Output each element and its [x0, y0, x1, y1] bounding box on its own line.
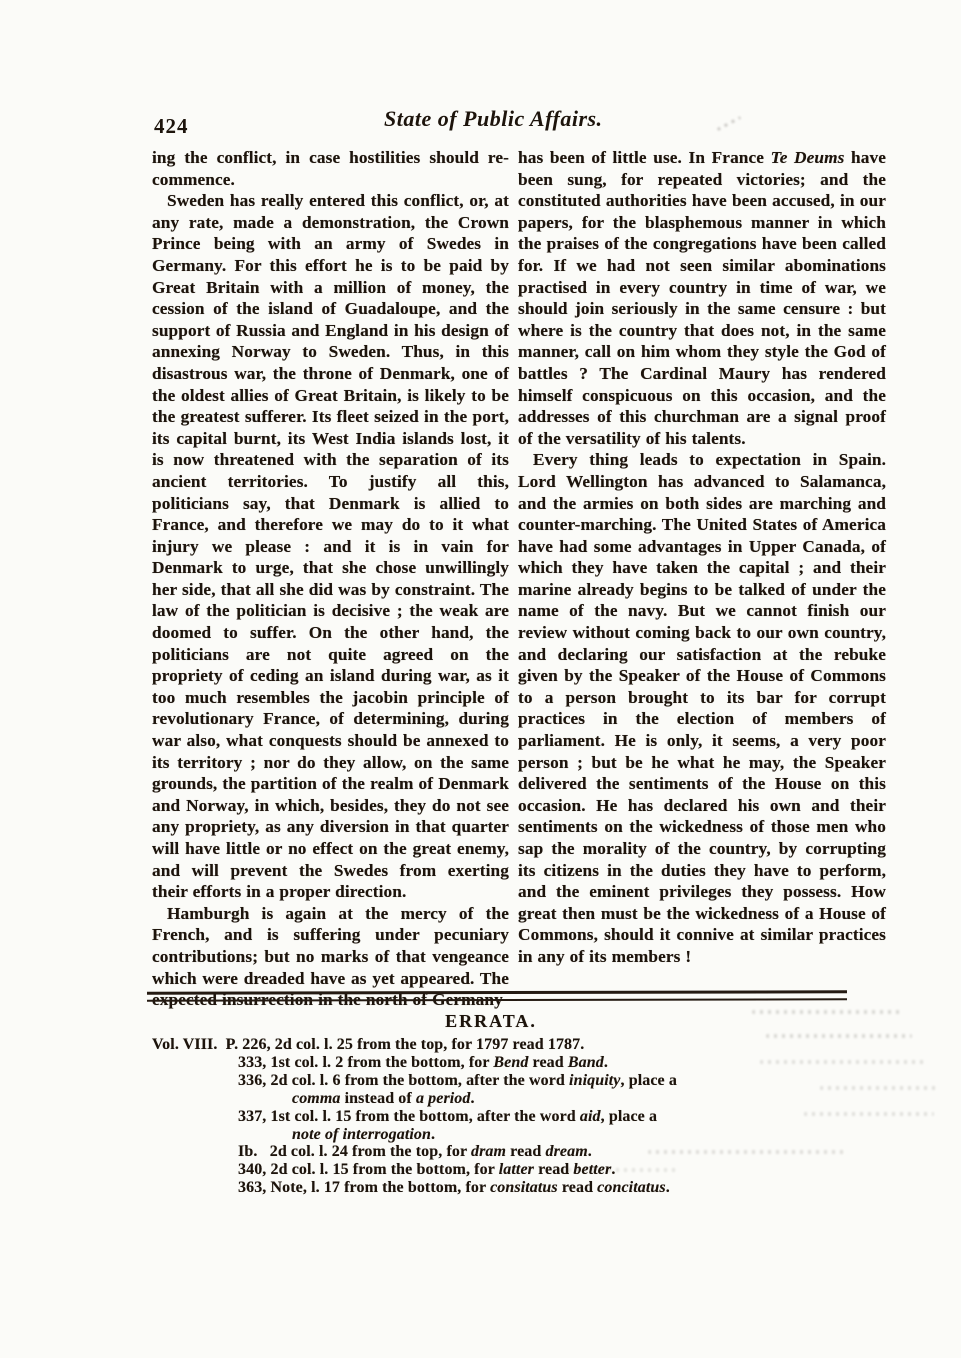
- text-segment: aid: [580, 1108, 601, 1125]
- text-segment: instead of: [341, 1090, 416, 1107]
- errata-line: comma instead of a period.: [292, 1090, 890, 1108]
- text-segment: Every thing leads to expectation in Spai…: [518, 450, 886, 966]
- text-segment: 333, 1st col. l. 2 from the bottom, for: [238, 1054, 493, 1071]
- scan-artifact: [760, 1060, 928, 1064]
- scan-artifact: [752, 1010, 902, 1014]
- scan-artifact: [648, 1150, 844, 1154]
- text-segment: 337, 1st col. l. 15 from the bottom, aft…: [238, 1108, 580, 1125]
- text-segment: note of interrogation: [292, 1126, 431, 1143]
- column-left: ing the conflict, in case hostilities sh…: [152, 147, 509, 1011]
- text-segment: 340, 2d col. l. 15 from the bottom, for: [238, 1161, 499, 1178]
- text-segment: dram: [471, 1143, 506, 1160]
- scan-artifact: [804, 1112, 934, 1116]
- paragraph: has been of little use. In France Te Deu…: [518, 147, 886, 449]
- text-segment: Band: [568, 1054, 604, 1071]
- text-segment: 336, 2d col. l. 6 from the bottom, after…: [238, 1072, 569, 1089]
- text-segment: consitatus: [490, 1179, 558, 1196]
- text-segment: .: [471, 1090, 475, 1107]
- body-text: ing the conflict, in case hostilities sh…: [152, 147, 886, 1011]
- text-segment: a period: [416, 1090, 471, 1107]
- text-segment: , place a: [601, 1108, 657, 1125]
- text-segment: ing the conflict, in case hostilities sh…: [152, 148, 509, 189]
- page-header: 424 State of Public Affairs.: [152, 104, 884, 148]
- scan-artifact: [560, 1168, 680, 1172]
- text-segment: read: [558, 1179, 597, 1196]
- page-number: 424: [154, 114, 189, 139]
- errata-line: note of interrogation.: [292, 1126, 890, 1144]
- text-segment: comma: [292, 1090, 341, 1107]
- text-segment: .: [666, 1179, 670, 1196]
- text-segment: has been of little use. In France: [518, 148, 771, 167]
- text-segment: Vol. VIII. P. 226, 2d col. l. 25 from th…: [152, 1036, 584, 1053]
- text-segment: , place a: [621, 1072, 677, 1089]
- text-segment: have been sung, for repeated victories; …: [518, 148, 886, 448]
- text-segment: latter: [499, 1161, 534, 1178]
- paragraph: ing the conflict, in case hostilities sh…: [152, 147, 509, 190]
- errata-heading: ERRATA.: [152, 1011, 830, 1032]
- text-segment: Te Deums: [771, 148, 845, 167]
- errata-section: ERRATA. Vol. VIII. P. 226, 2d col. l. 25…: [152, 1011, 890, 1197]
- text-segment: read: [528, 1054, 567, 1071]
- errata-line: 337, 1st col. l. 15 from the bottom, aft…: [238, 1108, 890, 1126]
- text-segment: concitatus: [597, 1179, 666, 1196]
- column-right: has been of little use. In France Te Deu…: [518, 147, 886, 1011]
- document-page: 424 State of Public Affairs. ing the con…: [0, 0, 961, 1358]
- text-segment: .: [604, 1054, 608, 1071]
- text-segment: read: [506, 1143, 545, 1160]
- errata-line: Vol. VIII. P. 226, 2d col. l. 25 from th…: [152, 1036, 890, 1054]
- text-segment: Ib. 2d col. l. 24 from the top, for: [238, 1143, 471, 1160]
- text-segment: Bend: [493, 1054, 528, 1071]
- double-rule: [147, 990, 847, 1001]
- text-segment: Sweden has really entered this conflict,…: [152, 191, 509, 901]
- scan-artifact: [766, 1034, 912, 1038]
- errata-line: 363, Note, l. 17 from the bottom, for co…: [238, 1179, 890, 1197]
- scan-artifact: [820, 1086, 936, 1090]
- text-segment: iniquity: [569, 1072, 620, 1089]
- text-segment: .: [588, 1143, 592, 1160]
- text-segment: 363, Note, l. 17 from the bottom, for: [238, 1179, 490, 1196]
- paragraph: Every thing leads to expectation in Spai…: [518, 449, 886, 967]
- text-segment: .: [431, 1126, 435, 1143]
- paragraph: Sweden has really entered this conflict,…: [152, 190, 509, 903]
- page-title: State of Public Affairs.: [384, 106, 603, 132]
- errata-line: 336, 2d col. l. 6 from the bottom, after…: [238, 1072, 890, 1090]
- text-segment: dream: [545, 1143, 587, 1160]
